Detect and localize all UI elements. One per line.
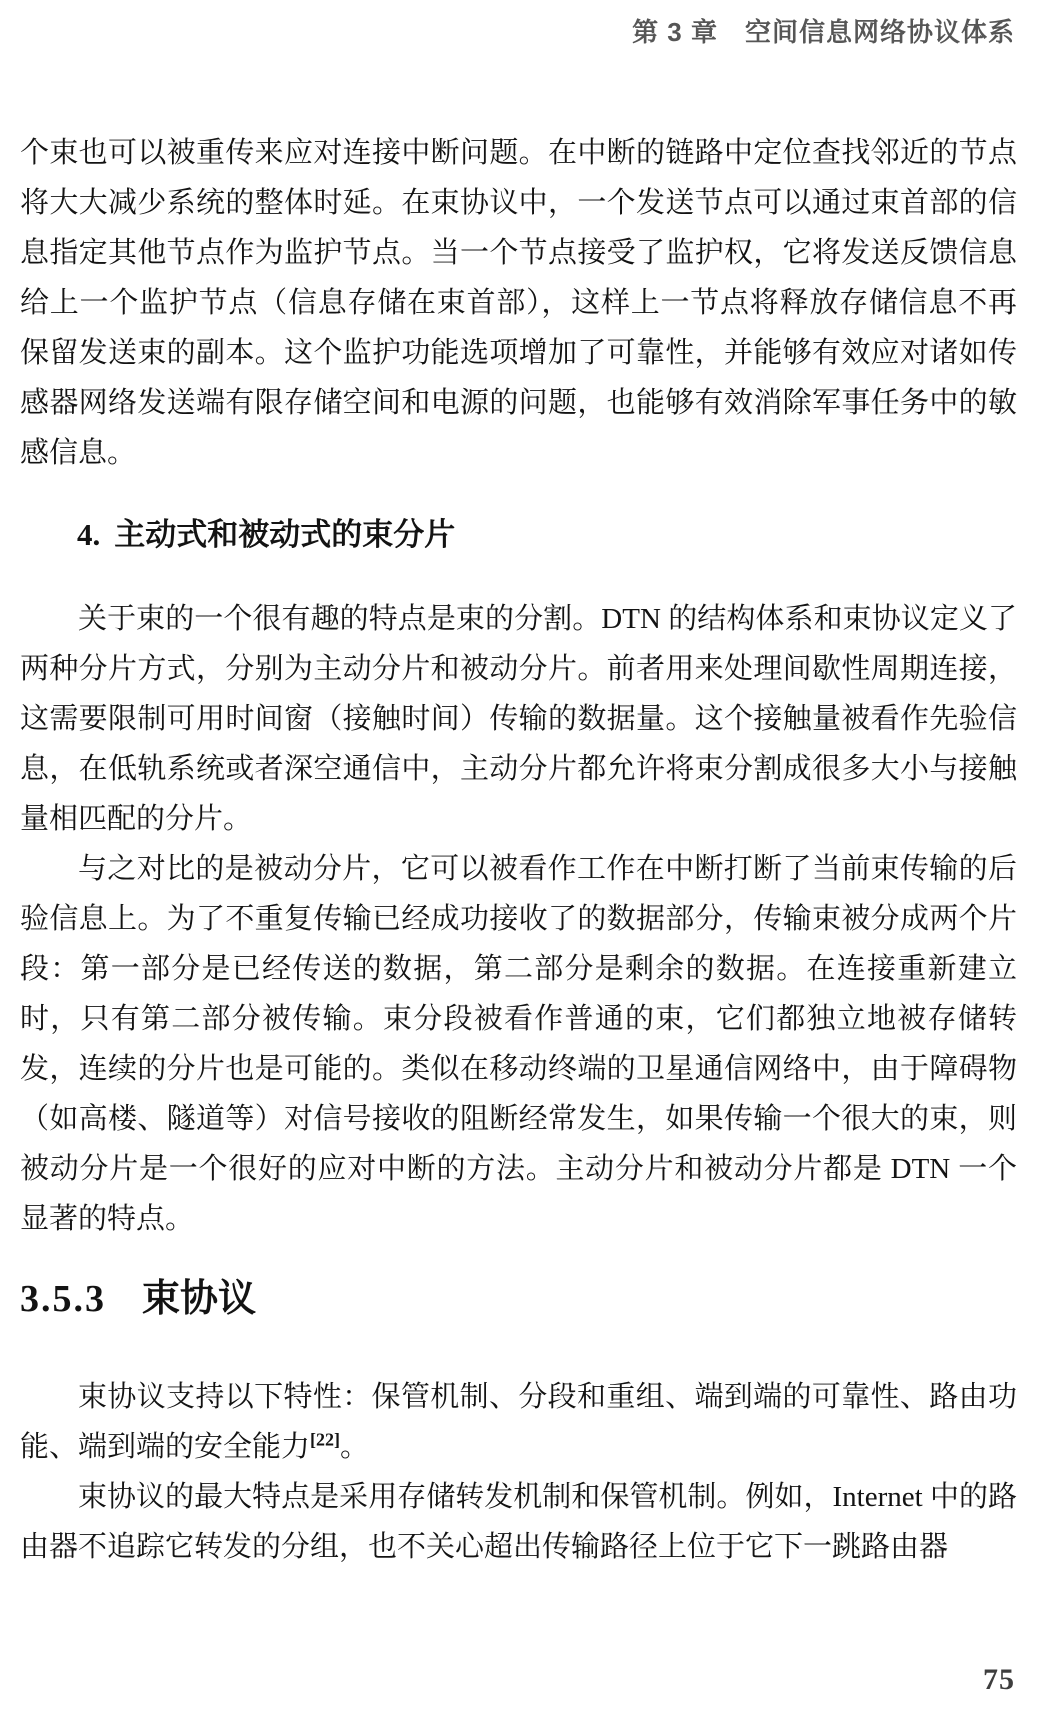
subsection-heading-4: 4.主动式和被动式的束分片 (77, 514, 1017, 556)
running-head: 第 3 章 空间信息网络协议体系 (632, 12, 1015, 49)
paragraph-bundle-features: 束协议支持以下特性：保管机制、分段和重组、端到端的可靠性、路由功能、端到端的安全… (20, 1372, 1017, 1472)
page-number: 75 (983, 1663, 1015, 1697)
paragraph-custody: 个束也可以被重传来应对连接中断问题。在中断的链路中定位查找邻近的节点将大大减少系… (20, 128, 1017, 478)
paragraph-reactive-fragmentation: 与之对比的是被动分片，它可以被看作工作在中断打断了当前束传输的后验信息上。为了不… (20, 844, 1017, 1244)
section-title: 束协议 (142, 1278, 256, 1320)
citation-ref: [22] (310, 1429, 340, 1449)
book-page: 第 3 章 空间信息网络协议体系 个束也可以被重传来应对连接中断问题。在中断的链… (0, 0, 1037, 1721)
paragraph-proactive-fragmentation: 关于束的一个很有趣的特点是束的分割。DTN 的结构体系和束协议定义了两种分片方式… (20, 594, 1017, 844)
subsection-number: 4. (77, 517, 100, 552)
page-body: 个束也可以被重传来应对连接中断问题。在中断的链路中定位查找邻近的节点将大大减少系… (20, 128, 1017, 1572)
paragraph-store-forward: 束协议的最大特点是采用存储转发机制和保管机制。例如，Internet 中的路由器… (20, 1472, 1017, 1572)
section-heading-353: 3.5.3束协议 (20, 1276, 1017, 1322)
paragraph-bundle-features-text: 束协议支持以下特性：保管机制、分段和重组、端到端的可靠性、路由功能、端到端的安全… (20, 1381, 1017, 1463)
paragraph-bundle-features-period: 。 (340, 1431, 369, 1463)
subsection-title: 主动式和被动式的束分片 (114, 517, 455, 552)
section-number: 3.5.3 (20, 1278, 106, 1320)
